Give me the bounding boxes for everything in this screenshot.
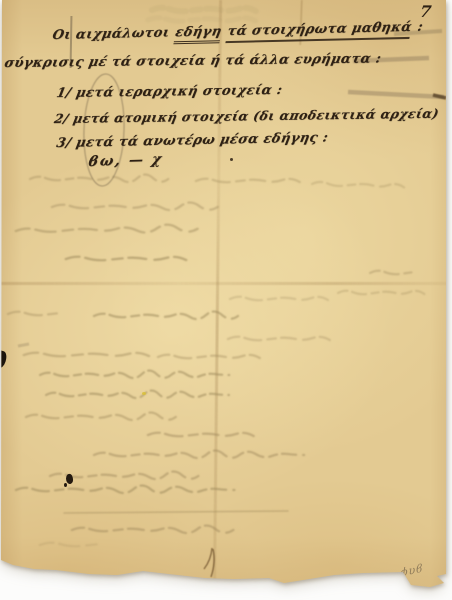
left-edge-ink-mark (0, 350, 8, 369)
handwritten-list-item-2: 2/ μετά ατομική στοιχεία (δι αποδεικτικά… (53, 106, 440, 126)
handwritten-list-item-3: 3/ μετά τά ανωτέρω μέσα εδήγης : (55, 130, 329, 151)
paper-sheet: 7 Οι αιχμάλωτοιεδήγητά στοιχήρωτα μαθηκά… (0, 0, 448, 590)
line1-underlined-phrase: τά στοιχήρωτα μαθηκά (225, 20, 413, 43)
handwritten-line-2: σύγκρισις μέ τά στοιχεία ή τά άλλα ευρήμ… (3, 51, 383, 71)
yellow-speck (142, 392, 146, 395)
ink-blot-tail (64, 483, 67, 487)
pencil-smudge-left (18, 344, 29, 346)
ink-dash-right (433, 95, 446, 98)
bottom-tear-crease (204, 548, 214, 577)
pencil-corner-note: ϕυϐ (400, 561, 424, 579)
handwritten-list-item-1: 1/ μετά ιεραρχική στοιχεία : (55, 83, 284, 101)
pencil-smudge-3 (348, 92, 444, 97)
line1-colon: : (416, 20, 424, 35)
horizontal-fold-crease (0, 282, 448, 285)
line1-text: Οι αιχμάλωτοι (51, 25, 171, 43)
handwritten-line-6: ϐω, — χ (87, 151, 164, 170)
ink-dot (230, 158, 233, 161)
page-number: 7 (419, 2, 433, 21)
handwritten-line-1: Οι αιχμάλωτοιεδήγητά στοιχήρωτα μαθηκά: (51, 20, 424, 43)
line1-underlined-word: εδήγη (173, 24, 223, 44)
paper-shadow-wrap: 7 Οι αιχμάλωτοιεδήγητά στοιχήρωτα μαθηκά… (0, 0, 452, 600)
scanned-manuscript-page: 7 Οι αιχμάλωτοιεδήγητά στοιχήρωτα μαθηκά… (0, 0, 452, 600)
